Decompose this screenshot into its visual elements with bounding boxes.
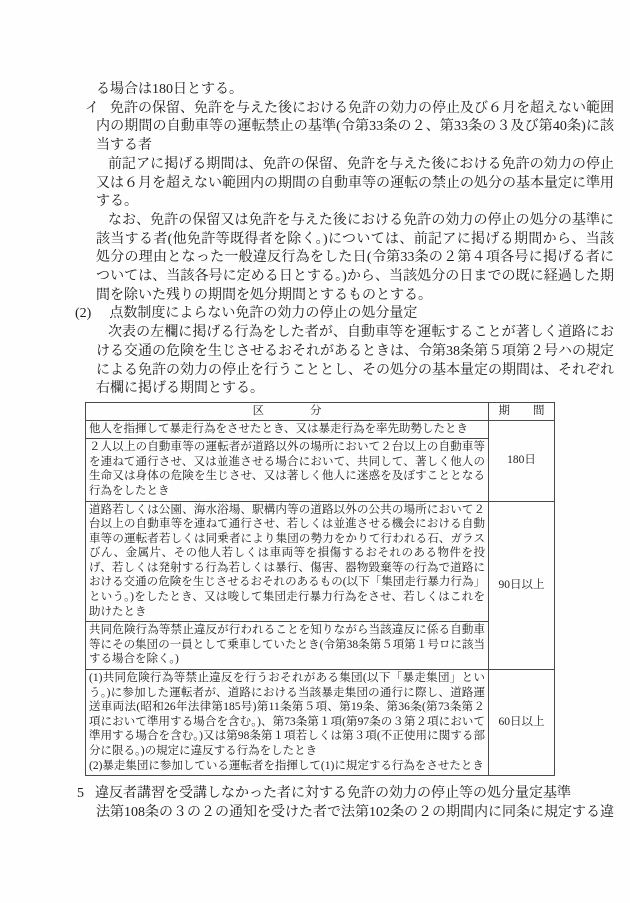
- item-i-marker: イ: [85, 101, 99, 116]
- category-item-2: (2)暴走集団に参加している運転者を指揮して(1)に規定する行為をさせたとき: [89, 759, 485, 774]
- item-5: 5違反者講習を受講しなかった者に対する免許の効力の停止等の処分量定基準: [96, 785, 614, 804]
- period-cell: 90日以上: [489, 501, 555, 670]
- item-2: (2)点数制度によらない免許の効力の停止の処分量定: [96, 305, 614, 324]
- period-cell: 180日: [489, 420, 555, 501]
- column-header-category: 区 分: [86, 402, 489, 420]
- continuation-line: る場合は180日とする。: [96, 81, 614, 100]
- suspension-period-table: 区 分 期 間 他人を指揮して暴走行為をさせたとき、又は暴走行為を率先助勢したと…: [85, 402, 555, 776]
- category-cell: 道路若しくは公園、海水浴場、駅構内等の道路以外の公共の場所において２台以上の自動…: [86, 501, 489, 622]
- table-row: 他人を指揮して暴走行為をさせたとき、又は暴走行為を率先助勢したとき 180日: [86, 420, 555, 439]
- item-i-text: 免許の保留、免許を与えた後における免許の効力の停止及び６月を超えない範囲内の期間…: [96, 101, 614, 153]
- item-5-body: 法第108条の３の２の通知を受けた者で法第102条の２の期間内に同条に規定する違: [96, 804, 614, 823]
- category-cell: 共同危険行為等禁止違反が行われることを知りながら当該違反に係る自動車等にその集団…: [86, 622, 489, 670]
- item-i: イ免許の保留、免許を与えた後における免許の効力の停止及び６月を超えない範囲内の期…: [96, 100, 614, 156]
- category-item-1: (1)共同危険行為等禁止違反を行うおそれがある集団(以下「暴走集団」という。)に…: [89, 671, 485, 759]
- item-2-title: 点数制度によらない免許の効力の停止の処分量定: [109, 306, 417, 321]
- item-5-title: 違反者講習を受講しなかった者に対する免許の効力の停止等の処分量定基準: [95, 786, 571, 801]
- document-body: る場合は180日とする。 イ免許の保留、免許を与えた後における免許の効力の停止及…: [0, 0, 630, 823]
- category-cell: 他人を指揮して暴走行為をさせたとき、又は暴走行為を率先助勢したとき: [86, 420, 489, 439]
- table-row: 共同危険行為等禁止違反が行われることを知りながら当該違反に係る自動車等にその集団…: [86, 622, 555, 670]
- period-cell: 60日以上: [489, 670, 555, 776]
- paragraph-junyo: 前記アに掲げる期間は、免許の保留、免許を与えた後における免許の効力の停止又は６月…: [96, 156, 614, 212]
- document-page: る場合は180日とする。 イ免許の保留、免許を与えた後における免許の効力の停止及…: [0, 0, 630, 903]
- item-2-body: 次表の左欄に掲げる行為をした者が、自動車等を運転することが著しく道路における交通…: [96, 324, 614, 399]
- table-row: ２人以上の自動車等の運転者が道路以外の場所において２台以上の自動車等を連ねて通行…: [86, 439, 555, 501]
- item-5-marker: 5: [77, 786, 84, 801]
- table-header-row: 区 分 期 間: [86, 402, 555, 420]
- item-2-marker: (2): [75, 306, 91, 321]
- category-cell: (1)共同危険行為等禁止違反を行うおそれがある集団(以下「暴走集団」という。)に…: [86, 670, 489, 776]
- table-row: 道路若しくは公園、海水浴場、駅構内等の道路以外の公共の場所において２台以上の自動…: [86, 501, 555, 622]
- paragraph-nao: なお、免許の保留又は免許を与えた後における免許の効力の停止の処分の基準に該当する…: [96, 212, 614, 306]
- column-header-period: 期 間: [489, 402, 555, 420]
- table-row: (1)共同危険行為等禁止違反を行うおそれがある集団(以下「暴走集団」という。)に…: [86, 670, 555, 776]
- category-cell: ２人以上の自動車等の運転者が道路以外の場所において２台以上の自動車等を連ねて通行…: [86, 439, 489, 501]
